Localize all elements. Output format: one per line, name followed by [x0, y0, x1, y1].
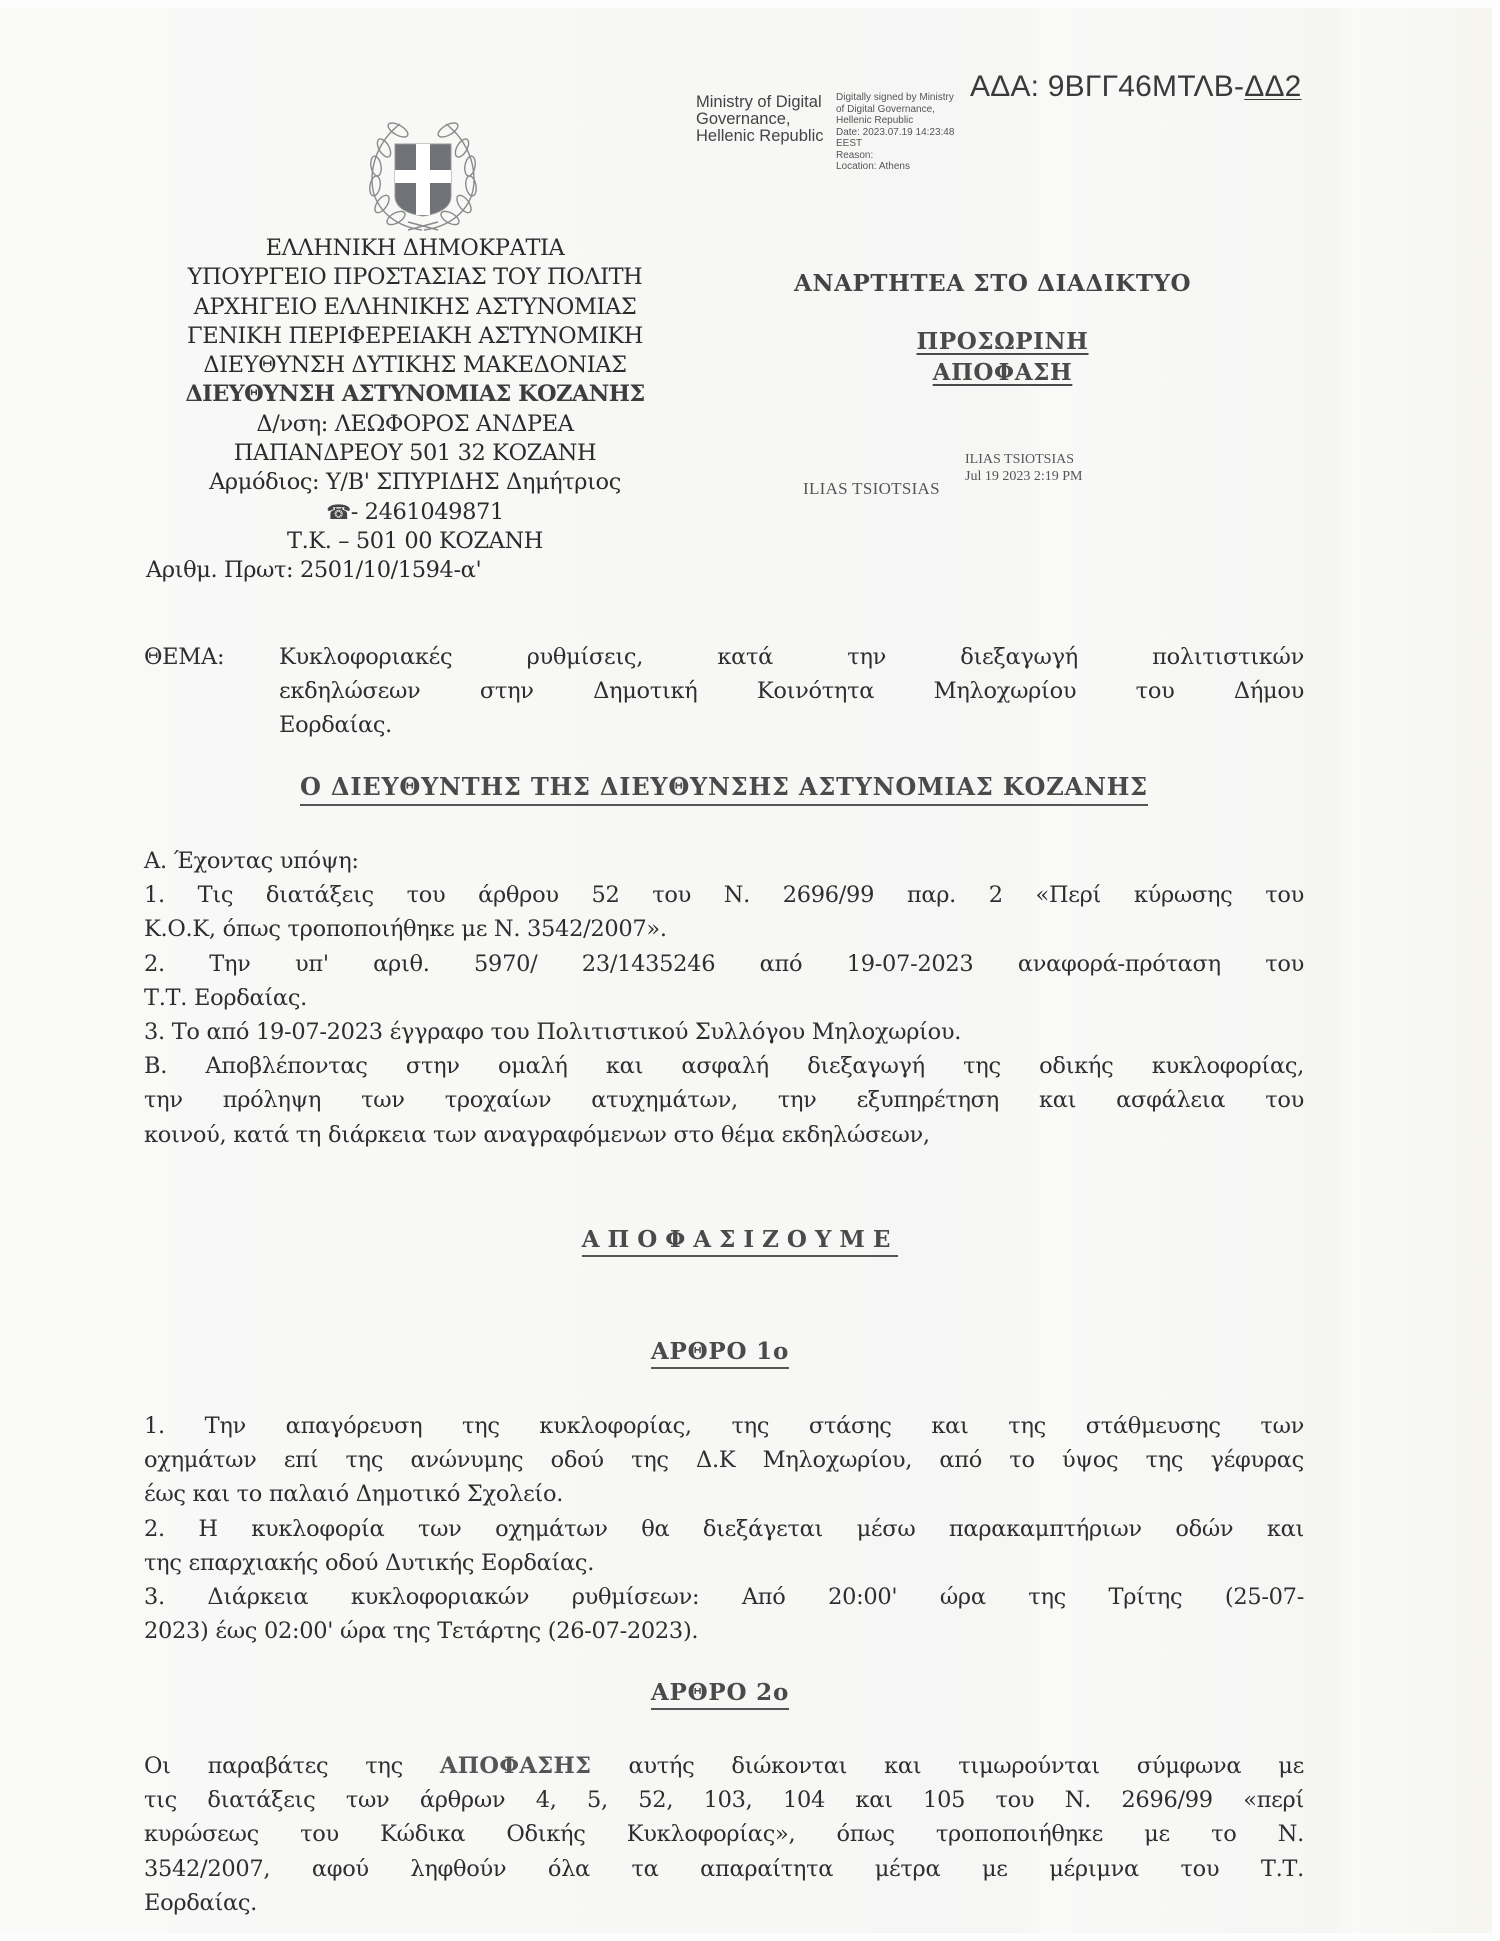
article1-line: της επαρχιακής οδού Δυτικής Εορδαίας.	[144, 1546, 1304, 1580]
decision-status: ΠΡΟΣΩΡΙΝΗ ΑΠΟΦΑΣΗ	[900, 326, 1105, 388]
considering-line: 1. Τις διατάξεις του άρθρου 52 του Ν. 26…	[144, 878, 1304, 912]
issuer-header: ΕΛΛΗΝΙΚΗ ΔΗΜΟΚΡΑΤΙΑ ΥΠΟΥΡΓΕΙΟ ΠΡΟΣΤΑΣΙΑΣ…	[150, 234, 680, 586]
header-department: ΔΙΕΥΘΥΝΣΗ ΑΣΤΥΝΟΜΙΑΣ ΚΟΖΑΝΗΣ	[150, 380, 680, 409]
digital-signature-details: Digitally signed by Ministry of Digital …	[836, 92, 954, 173]
subject-line: Εορδαίας.	[279, 708, 1304, 742]
telephone-icon: ☎	[326, 500, 351, 524]
article-2-line: Εορδαίας.	[144, 1886, 1304, 1920]
subject-line: Κυκλοφοριακές ρυθμίσεις, κατά την διεξαγ…	[279, 640, 1304, 674]
ada-label: ΑΔΑ:	[970, 70, 1039, 103]
header-line: ΥΠΟΥΡΓΕΙΟ ΠΡΟΣΤΑΣΙΑΣ ΤΟΥ ΠΟΛΙΤΗ	[150, 263, 680, 292]
article-1-body: 1. Την απαγόρευση της κυκλοφορίας, της σ…	[144, 1409, 1304, 1648]
considering-line: 3. Το από 19-07-2023 έγγραφο του Πολιτισ…	[144, 1015, 1304, 1049]
status-line-2: ΑΠΟΦΑΣΗ	[933, 359, 1073, 386]
header-phone: ☎- 2461049871	[150, 498, 680, 527]
article-2-line: τις διατάξεις των άρθρων 4, 5, 52, 103, …	[144, 1783, 1304, 1817]
header-line: ΑΡΧΗΓΕΙΟ ΕΛΛΗΝΙΚΗΣ ΑΣΤΥΝΟΜΙΑΣ	[150, 293, 680, 322]
article1-line: έως και το παλαιό Δημοτικό Σχολείο.	[144, 1477, 1304, 1511]
post-online-notice: ΑΝΑΡΤΗΤΕΑ ΣΤΟ ΔΙΑΔΙΚΤΥΟ	[794, 270, 1191, 297]
considering-line: Κ.Ο.Κ, όπως τροποποιήθηκε με Ν. 3542/200…	[144, 912, 1304, 946]
article1-line: οχημάτων επί της ανώνυμης οδού της Δ.Κ Μ…	[144, 1443, 1304, 1477]
digital-signature-signer: Ministry of Digital Governance, Hellenic…	[696, 94, 823, 145]
considering-line: Β. Αποβλέποντας στην ομαλή και ασφαλή δι…	[144, 1049, 1304, 1083]
article1-line: 3. Διάρκεια κυκλοφοριακών ρυθμίσεων: Από…	[144, 1580, 1304, 1614]
scanned-page: ΑΔΑ: 9ΒΓΓ46ΜΤΛΒ-ΔΔ2 Ministry of Digital …	[0, 8, 1492, 1933]
subject-line: εκδηλώσεων στην Δημοτική Κοινότητα Μηλοχ…	[279, 674, 1304, 708]
header-line: ΕΛΛΗΝΙΚΗ ΔΗΜΟΚΡΑΤΙΑ	[150, 234, 680, 263]
ada-code: 9ΒΓΓ46ΜΤΛΒ-	[1048, 70, 1244, 103]
article-1-title: ΑΡΘΡΟ 1ο	[0, 1338, 1440, 1369]
header-address: ΠΑΠΑΝΔΡΕΟΥ 501 32 ΚΟΖΑΝΗ	[150, 439, 680, 468]
ada-identifier: ΑΔΑ: 9ΒΓΓ46ΜΤΛΒ-ΔΔ2	[970, 70, 1302, 104]
considering-line: Α. Έχοντας υπόψη:	[144, 844, 1304, 878]
article-2-line: Οι παραβάτες της ΑΠΟΦΑΣΗΣ αυτής διώκοντα…	[144, 1749, 1304, 1783]
considering-line: 2. Την υπ' αριθ. 5970/ 23/1435246 από 19…	[144, 947, 1304, 981]
article-2-body: Οι παραβάτες της ΑΠΟΦΑΣΗΣ αυτής διώκοντα…	[144, 1749, 1304, 1920]
header-line: ΓΕΝΙΚΗ ΠΕΡΙΦΕΡΕΙΑΚΗ ΑΣΤΥΝΟΜΙΚΗ	[150, 322, 680, 351]
coat-of-arms-icon	[362, 118, 484, 236]
subject-section: ΘΕΜΑ: Κυκλοφοριακές ρυθμίσεις, κατά την …	[144, 640, 1304, 742]
article1-line: 2023) έως 02:00' ώρα της Τετάρτης (26-07…	[144, 1614, 1304, 1648]
header-address: Δ/νση: ΛΕΩΦΟΡΟΣ ΑΝΔΡΕΑ	[150, 410, 680, 439]
article1-line: 2. Η κυκλοφορία των οχημάτων θα διεξάγετ…	[144, 1512, 1304, 1546]
considering-line: Τ.Τ. Εορδαίας.	[144, 981, 1304, 1015]
article1-line: 1. Την απαγόρευση της κυκλοφορίας, της σ…	[144, 1409, 1304, 1443]
header-line: ΔΙΕΥΘΥΝΣΗ ΔΥΤΙΚΗΣ ΜΑΚΕΔΟΝΙΑΣ	[150, 351, 680, 380]
considering-line: την πρόληψη των τροχαίων ατυχημάτων, την…	[144, 1083, 1304, 1117]
article-2-title: ΑΡΘΡΟ 2ο	[0, 1679, 1440, 1710]
signature-stamp: ILIAS TSIOTSIAS Jul 19 2023 2:19 PM	[965, 451, 1082, 485]
protocol-number: Αριθμ. Πρωτ: 2501/10/1594-α'	[146, 556, 680, 585]
director-heading: Ο ΔΙΕΥΘΥΝΤΗΣ ΤΗΣ ΔΙΕΥΘΥΝΣΗΣ ΑΣΤΥΝΟΜΙΑΣ Κ…	[258, 772, 1190, 806]
decision-heading: ΑΠΟΦΑΣΙΖΟΥΜΕ	[0, 1226, 1480, 1257]
article-2-line: 3542/2007, αφού ληφθούν όλα τα απαραίτητ…	[144, 1852, 1304, 1886]
subject-label: ΘΕΜΑ:	[144, 640, 224, 674]
signature-name: ILIAS TSIOTSIAS	[803, 479, 940, 499]
signature-stamp-name: ILIAS TSIOTSIAS	[965, 451, 1082, 468]
signature-timestamp: Jul 19 2023 2:19 PM	[965, 468, 1082, 485]
header-postal-code: Τ.Κ. – 501 00 ΚΟΖΑΝΗ	[150, 527, 680, 556]
considering-line: κοινού, κατά τη διάρκεια των αναγραφόμεν…	[144, 1118, 1304, 1152]
considering-section: Α. Έχοντας υπόψη:1. Τις διατάξεις του άρ…	[144, 844, 1304, 1152]
status-line-1: ΠΡΟΣΩΡΙΝΗ	[917, 328, 1089, 355]
header-contact-person: Αρμόδιος: Υ/Β' ΣΠΥΡΙΔΗΣ Δημήτριος	[150, 468, 680, 497]
article-2-line: κυρώσεως του Κώδικα Οδικής Κυκλοφορίας»,…	[144, 1817, 1304, 1851]
phone-number: - 2461049871	[351, 499, 504, 525]
decision-word: ΑΠΟΦΑΣΗΣ	[440, 1753, 592, 1779]
ada-code-suffix: ΔΔ2	[1244, 70, 1301, 103]
